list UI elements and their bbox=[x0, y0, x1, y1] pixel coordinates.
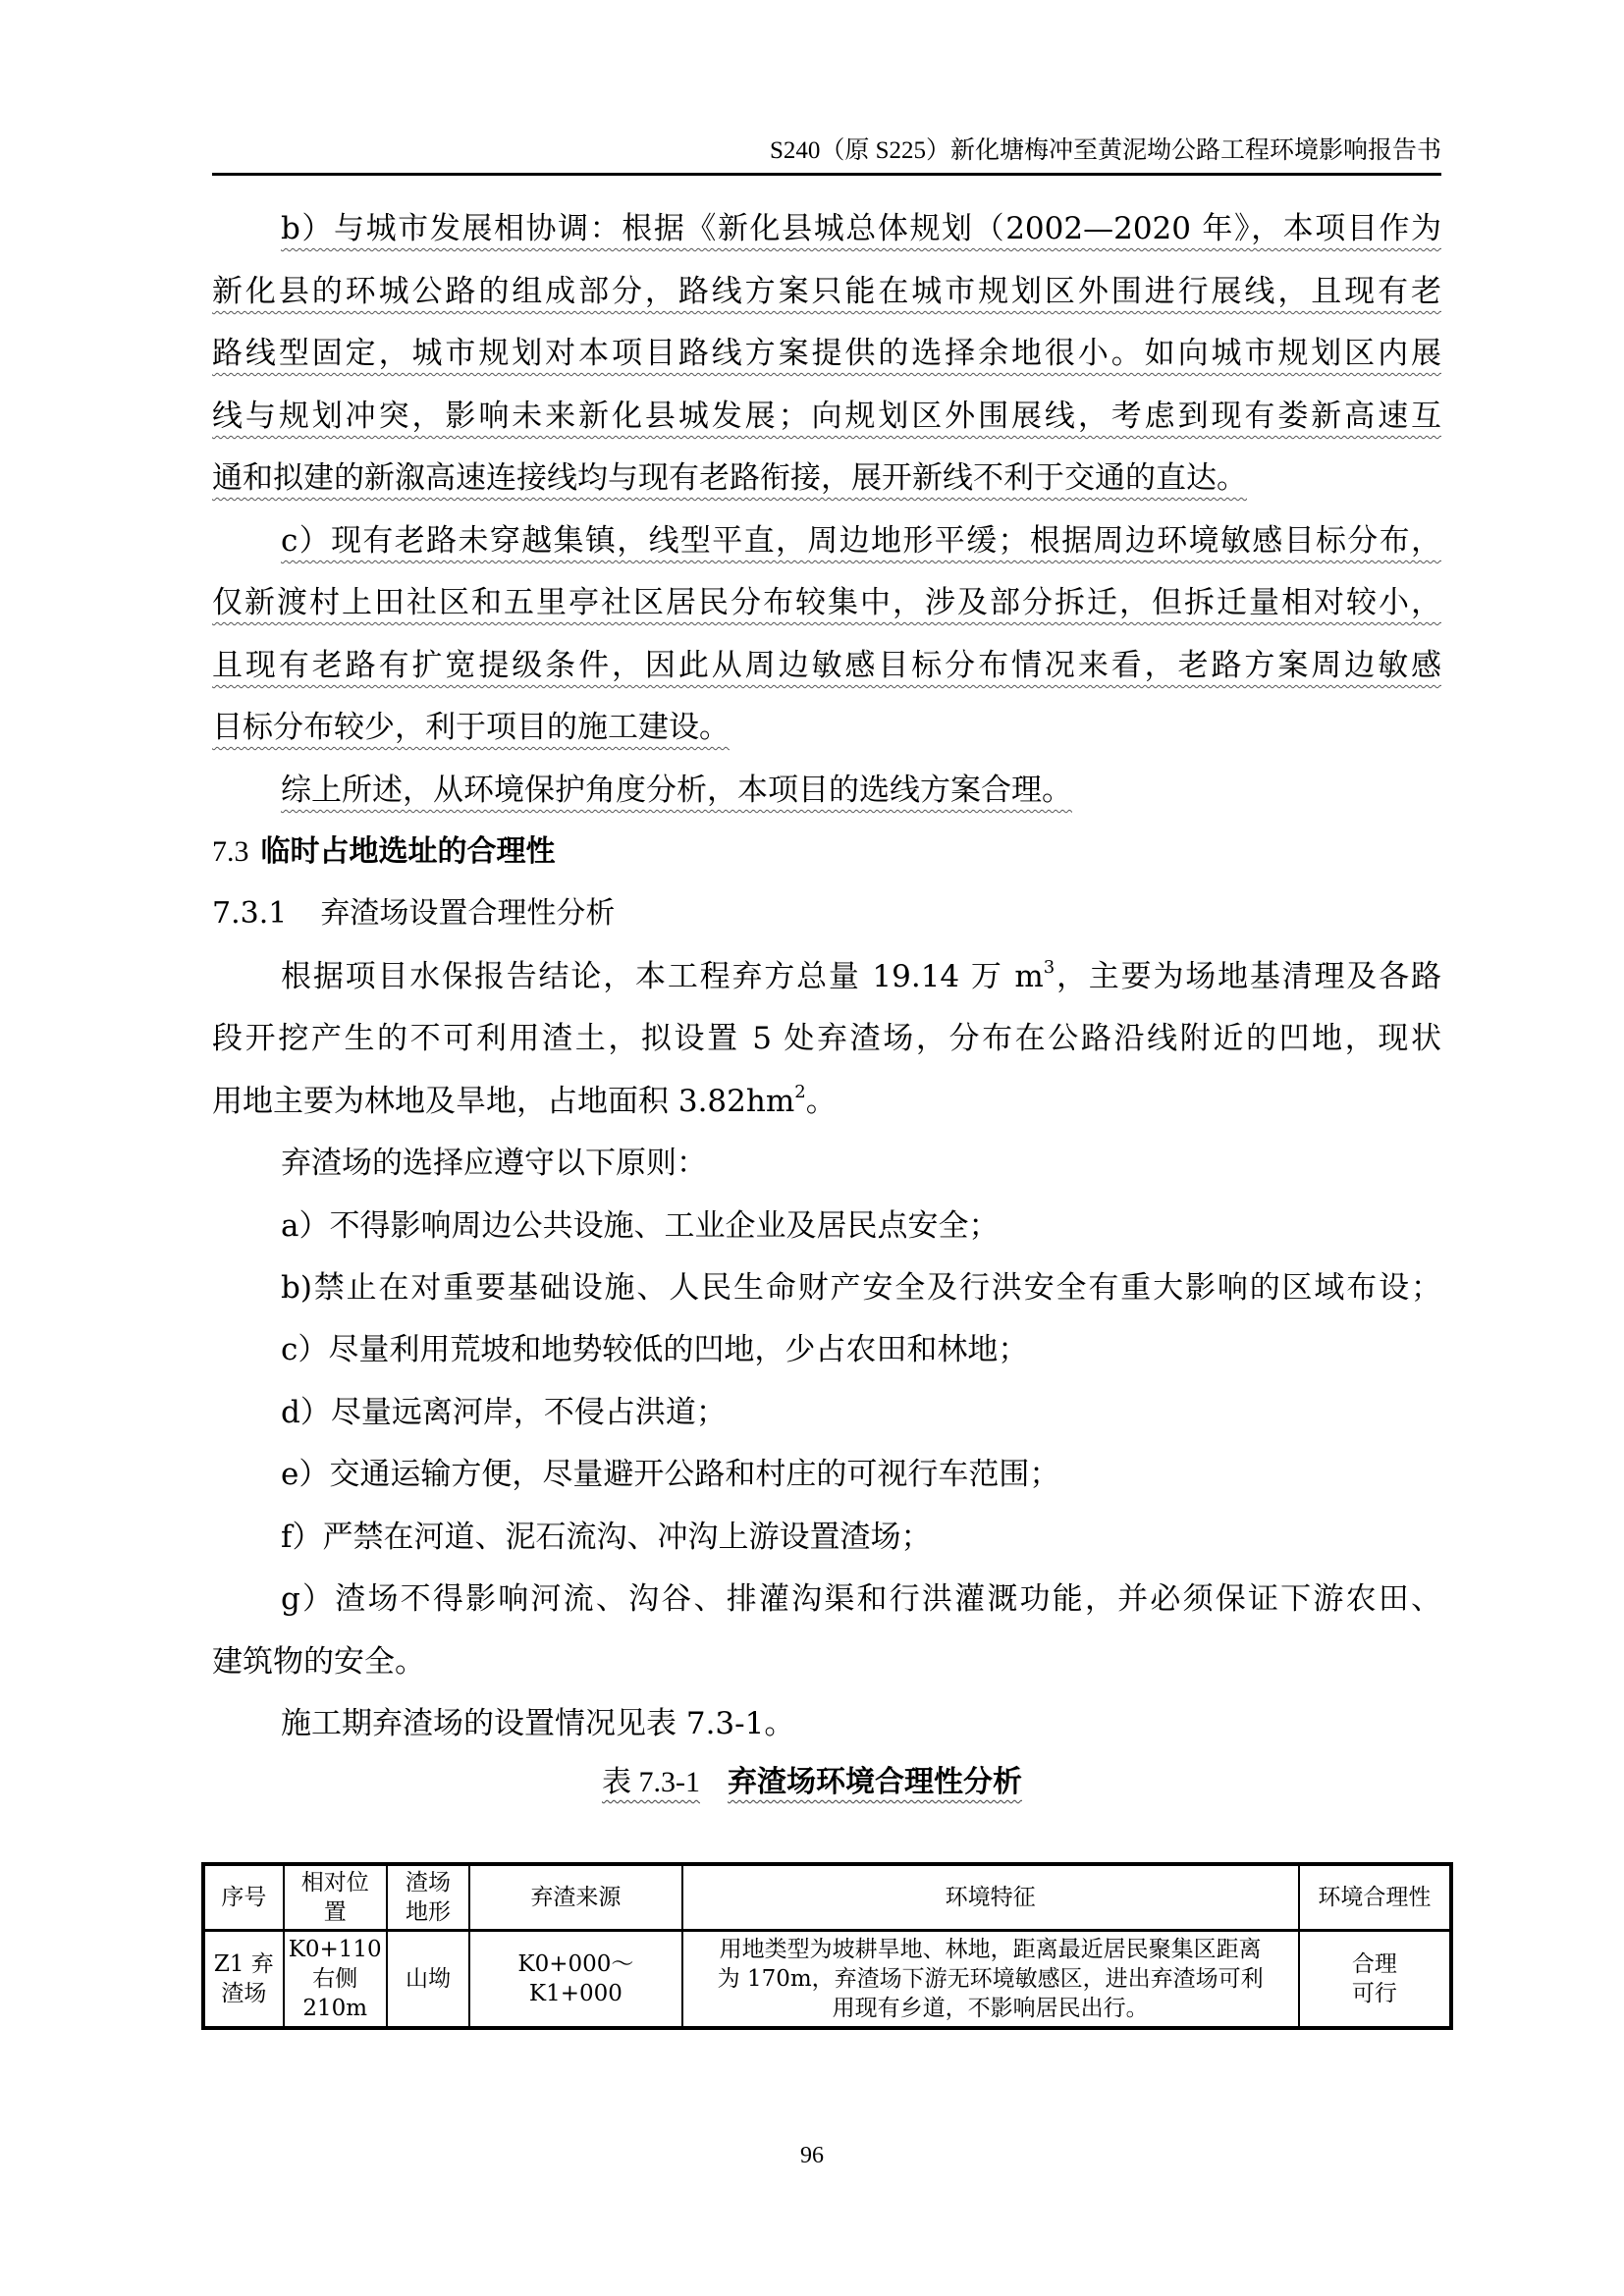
paragraph-c-line: c）现有老路未穿越集镇，线型平直，周边地形平缓；根据周边环境敏感目标分布， bbox=[281, 521, 1441, 561]
conclusion-line: 综上所述，从环境保护角度分析，本项目的选线方案合理。 bbox=[281, 771, 1441, 810]
section-number: 7.3 bbox=[212, 835, 249, 868]
caption-number: 表 7.3-1 bbox=[602, 1766, 700, 1798]
column-header: 相对位 置 bbox=[284, 1864, 387, 1931]
spoil-site-table: 序号 相对位 置 渣场 地形 弃渣来源 环境特征 环境合理性 Z1 弃 渣场 K… bbox=[201, 1862, 1453, 2030]
table-reference: 施工期弃渣场的设置情况见表 7.3-1。 bbox=[281, 1704, 1441, 1743]
spoil-intro-text: 根据项目水保报告结论，本工程弃方总量 19.14 万 m bbox=[281, 959, 1044, 994]
document-page: S240（原 S225）新化塘梅冲至黄泥坳公路工程环境影响报告书 b）与城市发展… bbox=[0, 0, 1624, 2296]
spoil-intro-text: 。 bbox=[806, 1084, 837, 1119]
principle-item: b)禁止在对重要基础设施、人民生命财产安全及行洪安全有重大影响的区域布设； bbox=[281, 1268, 1441, 1308]
paragraph-b-line: 通和拟建的新溆高速连接线均与现有老路衔接，展开新线不利于交通的直达。 bbox=[212, 458, 1441, 498]
principles-intro: 弃渣场的选择应遵守以下原则： bbox=[281, 1144, 1441, 1183]
principle-item: d）尽量远离河岸，不侵占洪道； bbox=[281, 1393, 1441, 1432]
caption-text: 表 7.3-1弃渣场环境合理性分析 bbox=[602, 1765, 1022, 1799]
section-title: 弃渣场设置合理性分析 bbox=[320, 896, 615, 931]
column-header: 环境合理性 bbox=[1299, 1864, 1451, 1931]
spoil-intro-text: 用地主要为林地及旱地，占地面积 3.82hm bbox=[212, 1084, 794, 1119]
paragraph-c-line: 且现有老路有扩宽提级条件，因此从周边敏感目标分布情况来看，老路方案周边敏感 bbox=[212, 646, 1441, 685]
cell-rationality: 合理 可行 bbox=[1299, 1931, 1451, 2028]
column-header: 弃渣来源 bbox=[469, 1864, 681, 1931]
section-number: 7.3.1 bbox=[212, 896, 287, 931]
principle-item: f）严禁在河道、泥石流沟、冲沟上游设置渣场； bbox=[281, 1518, 1441, 1557]
spoil-intro-line: 用地主要为林地及旱地，占地面积 3.82hm2。 bbox=[212, 1082, 1441, 1121]
column-header: 序号 bbox=[203, 1864, 284, 1931]
section-title: 临时占地选址的合理性 bbox=[261, 834, 556, 869]
paragraph-b-line: b）与城市发展相协调：根据《新化县城总体规划（2002—2020 年》，本项目作… bbox=[281, 209, 1441, 248]
paragraph-c-last-text: 目标分布较少，利于项目的施工建设。 bbox=[212, 710, 730, 745]
paragraph-b-last-text: 通和拟建的新溆高速连接线均与现有老路衔接，展开新线不利于交通的直达。 bbox=[212, 460, 1247, 496]
paragraph-b-line: 线与规划冲突，影响未来新化县城发展；向规划区外围展线，考虑到现有娄新高速互 bbox=[212, 397, 1441, 436]
cell-features: 用地类型为坡耕旱地、林地，距离最近居民聚集区距离 为 170m，弃渣场下游无环境… bbox=[682, 1931, 1299, 2028]
spoil-intro-line: 根据项目水保报告结论，本工程弃方总量 19.14 万 m3，主要为场地基清理及各… bbox=[281, 957, 1441, 996]
paragraph-b-line: 路线型固定，城市规划对本项目路线方案提供的选择余地很小。如向城市规划区内展 bbox=[212, 334, 1441, 373]
cell-id: Z1 弃 渣场 bbox=[203, 1931, 284, 2028]
principle-item: c）尽量利用荒坡和地势较低的凹地，少占农田和林地； bbox=[281, 1330, 1441, 1369]
paragraph-b-line: 新化县的环城公路的组成部分，路线方案只能在城市规划区外围进行展线，且现有老 bbox=[212, 272, 1441, 311]
paragraph-c-line: 仅新渡村上田社区和五里亭社区居民分布较集中，涉及部分拆迁，但拆迁量相对较小， bbox=[212, 583, 1441, 622]
cell-source: K0+000～ K1+000 bbox=[469, 1931, 681, 2028]
cell-position: K0+110 右侧 210m bbox=[284, 1931, 387, 2028]
running-header: S240（原 S225）新化塘梅冲至黄泥坳公路工程环境影响报告书 bbox=[212, 135, 1441, 167]
spoil-intro-line: 段开挖产生的不可利用渣土，拟设置 5 处弃渣场，分布在公路沿线附近的凹地，现状 bbox=[212, 1019, 1441, 1058]
section-heading-7-3-1: 7.3.1弃渣场设置合理性分析 bbox=[212, 894, 615, 934]
principle-item: a）不得影响周边公共设施、工业企业及居民点安全； bbox=[281, 1206, 1441, 1246]
table-caption: 表 7.3-1弃渣场环境合理性分析 bbox=[0, 1763, 1624, 1802]
principle-item-continuation: 建筑物的安全。 bbox=[212, 1642, 1441, 1682]
table-row: Z1 弃 渣场 K0+110 右侧 210m 山坳 K0+000～ K1+000… bbox=[203, 1931, 1451, 2028]
paragraph-c-line: 目标分布较少，利于项目的施工建设。 bbox=[212, 708, 1441, 747]
page-number: 96 bbox=[0, 2143, 1624, 2169]
principle-item: g）渣场不得影响河流、沟谷、排灌沟渠和行洪灌溉功能，并必须保证下游农田、 bbox=[281, 1579, 1441, 1619]
cell-terrain: 山坳 bbox=[387, 1931, 470, 2028]
section-heading-7-3: 7.3临时占地选址的合理性 bbox=[212, 832, 556, 872]
table-header-row: 序号 相对位 置 渣场 地形 弃渣来源 环境特征 环境合理性 bbox=[203, 1864, 1451, 1931]
superscript: 2 bbox=[794, 1082, 805, 1102]
spoil-intro-text: ，主要为场地基清理及各路 bbox=[1055, 959, 1441, 994]
superscript: 3 bbox=[1044, 957, 1055, 978]
principle-item: e）交通运输方便，尽量避开公路和村庄的可视行车范围； bbox=[281, 1455, 1441, 1494]
column-header: 渣场 地形 bbox=[387, 1864, 470, 1931]
header-rule bbox=[212, 173, 1441, 176]
conclusion-text: 综上所述，从环境保护角度分析，本项目的选线方案合理。 bbox=[281, 773, 1072, 808]
caption-title: 弃渣场环境合理性分析 bbox=[728, 1765, 1022, 1799]
column-header: 环境特征 bbox=[682, 1864, 1299, 1931]
